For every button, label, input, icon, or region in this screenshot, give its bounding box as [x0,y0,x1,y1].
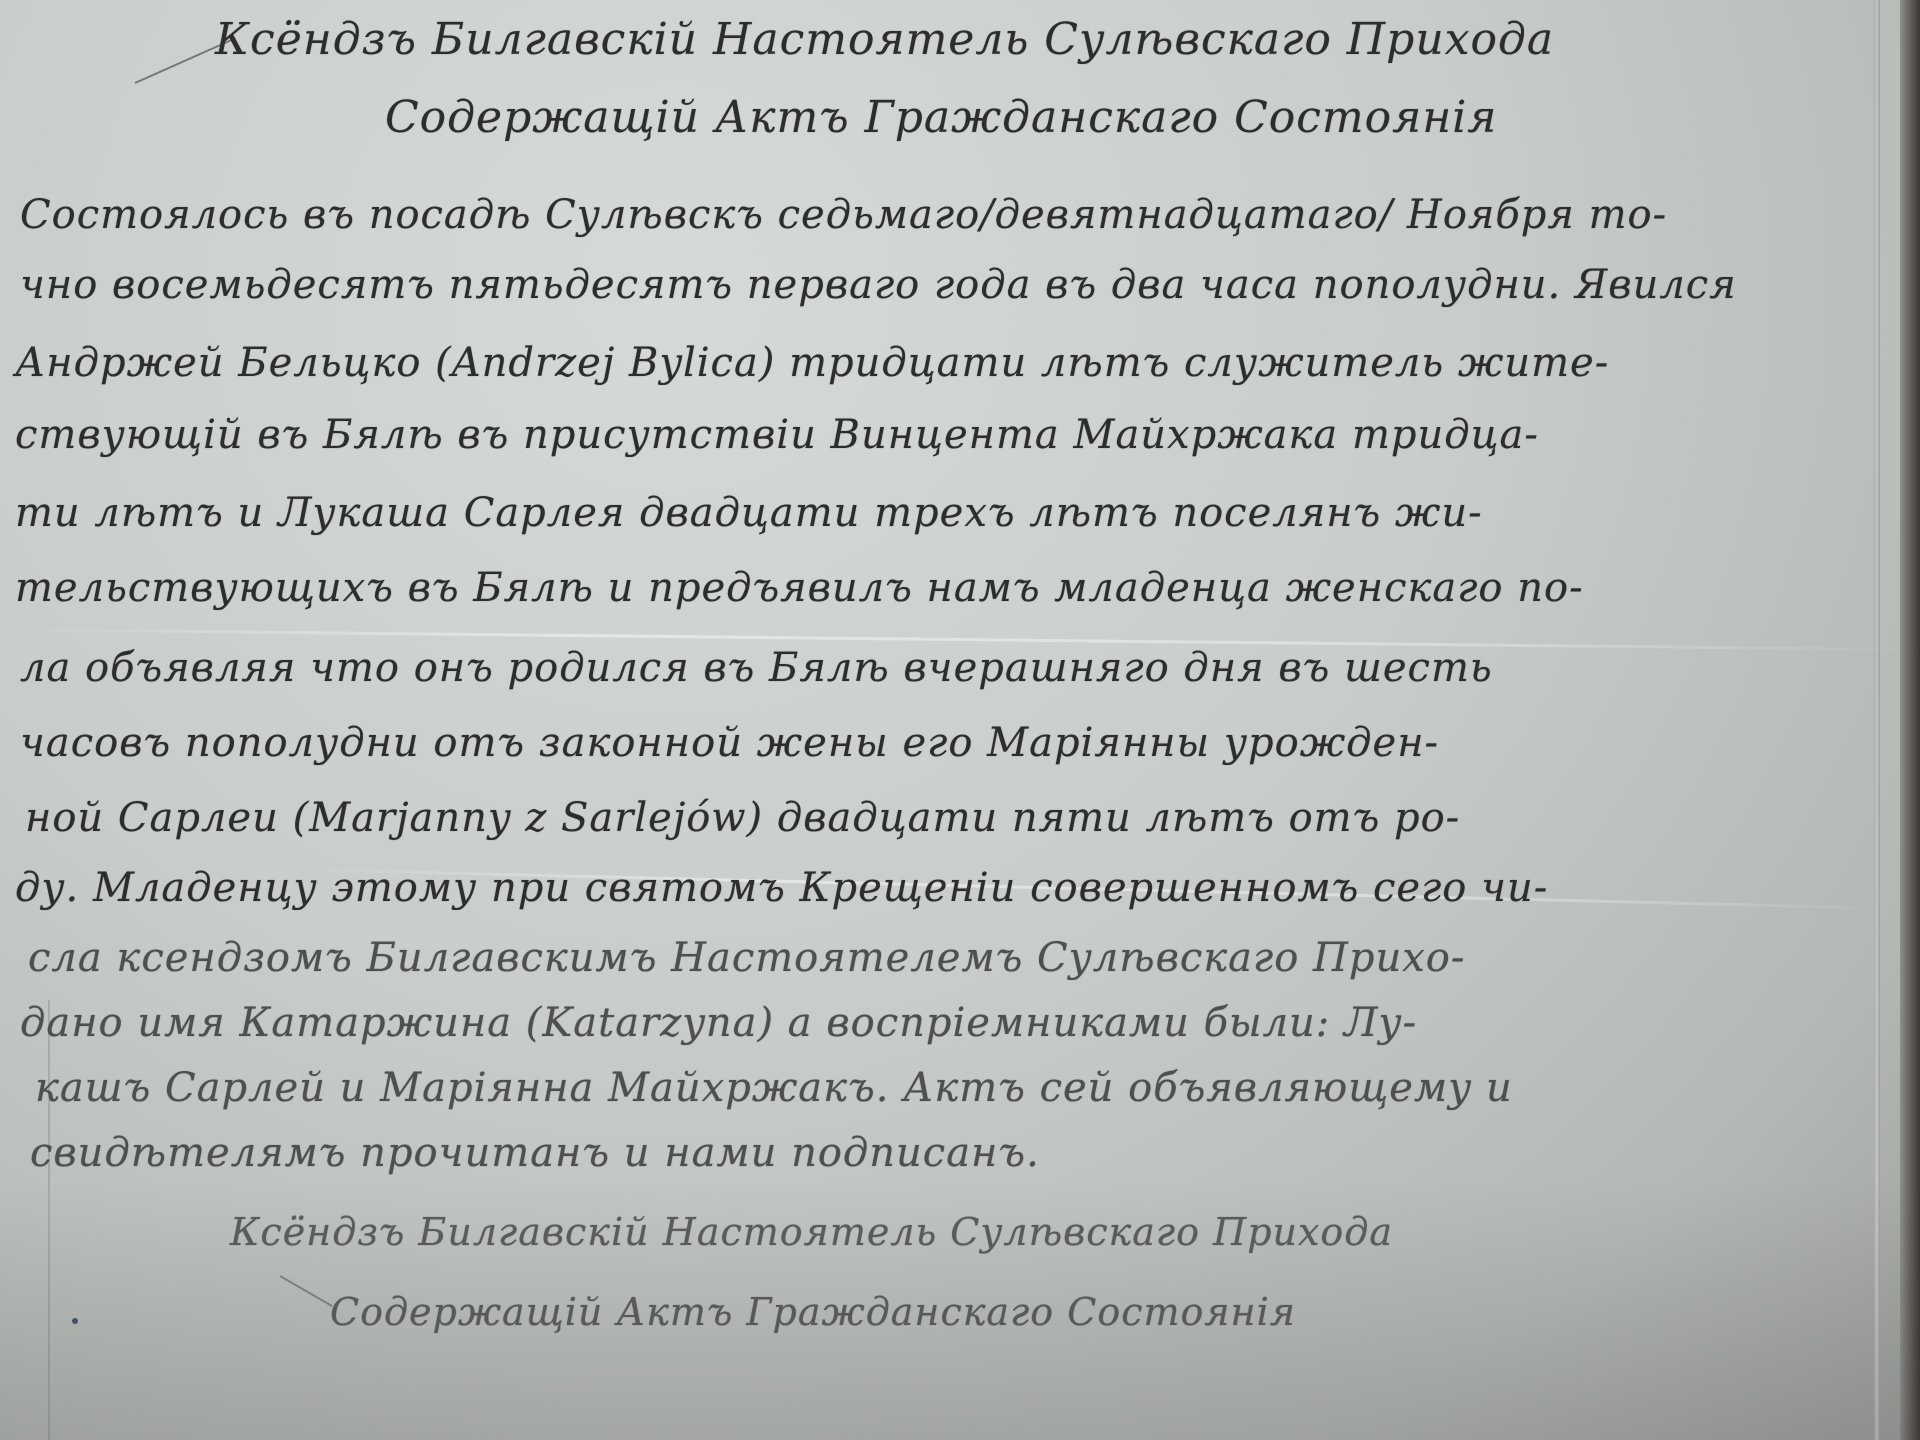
body-line-6: тельствующихъ въ Бялѣ и предъявилъ намъ … [15,565,1584,611]
body-line-13: кашъ Сарлей и Маріянна Майхржакъ. Актъ с… [35,1065,1513,1111]
body-line-7: ла объявляя что онъ родился въ Бялѣ вчер… [20,645,1493,691]
signature-flourish [280,1275,333,1307]
page-right-edge [1874,0,1880,1440]
signature-line-1: Ксёндзъ Билгавскій Настоятель Сулѣвскаго… [230,1210,1393,1254]
body-line-14: свидѣтелямъ прочитанъ и нами подписанъ. [30,1130,1040,1176]
body-line-8: часовъ пополудни отъ законной жены его М… [20,720,1439,766]
body-line-12: дано имя Катаржина (Katarzyna) а воспріе… [20,1000,1417,1046]
document-page: Ксёндзъ Билгавскій Настоятель Сулѣвскаго… [0,0,1920,1440]
body-line-5: ти лѣтъ и Лукаша Сарлея двадцати трехъ л… [15,490,1483,536]
body-line-1: Состоялось въ посадѣ Сулѣвскъ седьмаго/д… [20,192,1667,238]
body-line-11: сла ксендзомъ Билгавскимъ Настоятелемъ С… [28,935,1465,981]
body-line-4: ствующій въ Бялѣ въ присутствіи Винцента… [15,412,1539,458]
header-title-line-1: Ксёндзъ Билгавскій Настоятель Сулѣвскаго… [215,14,1554,65]
body-line-10: ду. Младенцу этому при святомъ Крещеніи … [15,865,1548,911]
header-title-line-2: Содержащій Актъ Гражданскаго Состоянія [385,92,1497,143]
body-line-2: чно восемьдесятъ пятьдесятъ перваго года… [20,262,1737,308]
book-binding [1900,0,1920,1440]
signature-line-2: Содержащій Актъ Гражданскаго Состоянія [330,1290,1296,1334]
ink-spot [72,1318,78,1324]
body-line-3: Андржей Бельцко (Andrzej Bylica) тридцат… [15,340,1609,386]
body-line-9: ной Сарлеи (Marjanny z Sarlejów) двадцат… [25,795,1460,841]
